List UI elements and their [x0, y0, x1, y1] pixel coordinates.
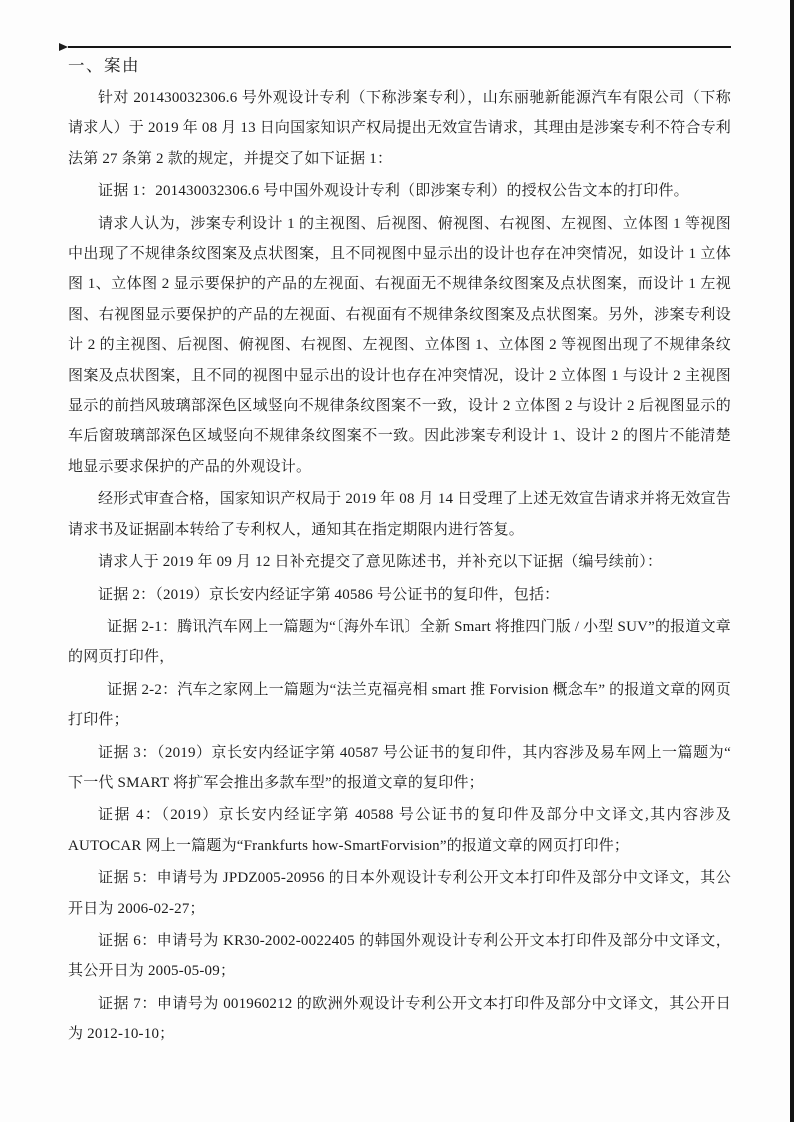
paragraph-evidence-5: 证据 5：申请号为 JPDZ005-20956 的日本外观设计专利公开文本打印件…	[68, 863, 731, 924]
section-divider-rule	[68, 46, 731, 48]
document-page: 一、案由 针对 201430032306.6 号外观设计专利（下称涉案专利），山…	[0, 0, 796, 1122]
scan-edge-artifact	[790, 0, 794, 1122]
paragraph-acceptance: 经形式审查合格，国家知识产权局于 2019 年 08 月 14 日受理了上述无效…	[68, 484, 731, 545]
paragraph-evidence-4: 证据 4：（2019）京长安内经证字第 40588 号公证书的复印件及部分中文译…	[68, 800, 731, 861]
pen-tick-mark	[59, 43, 68, 51]
document-body: 一、案由 针对 201430032306.6 号外观设计专利（下称涉案专利），山…	[68, 0, 731, 1050]
paragraph-evidence-6: 证据 6：申请号为 KR30-2002-0022405 的韩国外观设计专利公开文…	[68, 926, 731, 987]
paragraph-evidence-7: 证据 7：申请号为 001960212 的欧洲外观设计专利公开文本打印件及部分中…	[68, 989, 731, 1050]
paragraph-case-intro: 针对 201430032306.6 号外观设计专利（下称涉案专利），山东丽驰新能…	[68, 83, 731, 174]
paragraph-evidence-1: 证据 1：201430032306.6 号中国外观设计专利（即涉案专利）的授权公…	[68, 176, 731, 206]
paragraph-evidence-2: 证据 2：（2019）京长安内经证字第 40586 号公证书的复印件，包括：	[68, 580, 731, 610]
paragraph-evidence-2-1: 证据 2-1：腾讯汽车网上一篇题为“〔海外车讯〕全新 Smart 将推四门版 /…	[68, 612, 731, 673]
paragraph-evidence-3: 证据 3：（2019）京长安内经证字第 40587 号公证书的复印件，其内容涉及…	[68, 738, 731, 799]
paragraph-petitioner-opinion: 请求人认为，涉案专利设计 1 的主视图、后视图、俯视图、右视图、左视图、立体图 …	[68, 209, 731, 483]
section-heading: 一、案由	[68, 55, 731, 77]
paragraph-evidence-2-2: 证据 2-2：汽车之家网上一篇题为“法兰克福亮相 smart 推 Forvisi…	[68, 675, 731, 736]
paragraph-supplement-notice: 请求人于 2019 年 09 月 12 日补充提交了意见陈述书，并补充以下证据（…	[68, 547, 731, 577]
